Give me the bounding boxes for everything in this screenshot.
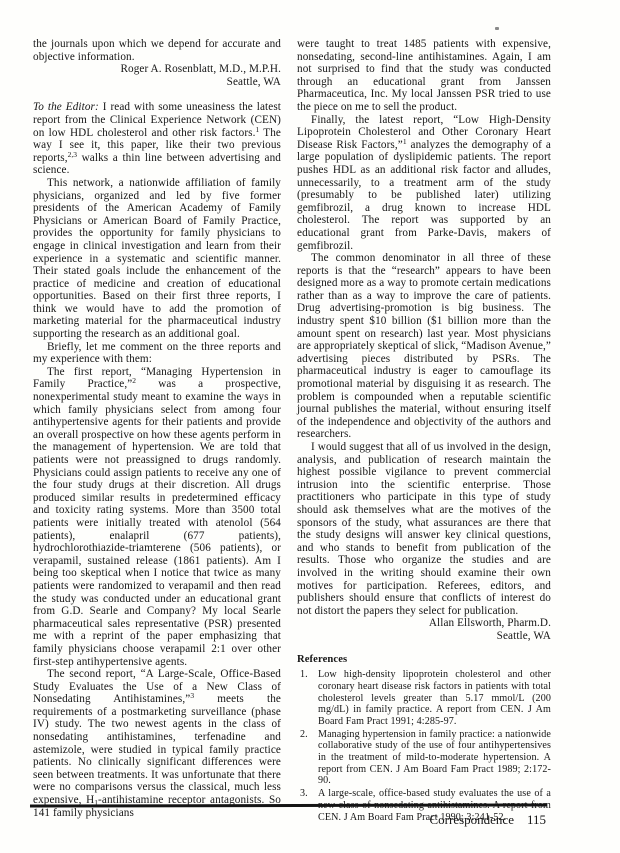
scan-speck — [495, 27, 499, 30]
signature-block-ellsworth: Allan Ellsworth, Pharm.D. Seattle, WA — [297, 617, 551, 642]
signature-name: Allan Ellsworth, Pharm.D. — [297, 617, 551, 630]
signature-location: Seattle, WA — [33, 76, 281, 89]
paragraph-network: This network, a nationwide affiliation o… — [33, 177, 281, 341]
paragraph-finally-report: Finally, the latest report, “Low High-De… — [297, 114, 551, 253]
right-column: were taught to treat 1485 patients with … — [297, 38, 551, 824]
reference-number: 1. — [297, 669, 314, 728]
journal-correspondence-page: the journals upon which we depend for ac… — [0, 0, 620, 853]
references-heading: References — [297, 654, 551, 667]
paragraph-to-the-editor: To the Editor: I read with some uneasine… — [33, 101, 281, 177]
footer-section-label: Correspondence — [430, 812, 514, 827]
paragraph-suggestion: I would suggest that all of us involved … — [297, 441, 551, 617]
paragraph-briefly: Briefly, let me comment on the three rep… — [33, 341, 281, 366]
paragraph-journals-continuation: the journals upon which we depend for ac… — [33, 38, 281, 63]
footer-page-number: 115 — [527, 812, 546, 827]
paragraph-second-report-continuation: were taught to treat 1485 patients with … — [297, 38, 551, 114]
references-list: 1. Low high-density lipoprotein choleste… — [297, 669, 551, 823]
reference-item: 1. Low high-density lipoprotein choleste… — [297, 669, 551, 728]
paragraph-second-report-start: The second report, “A Large-Scale, Offic… — [33, 668, 281, 819]
left-column: the journals upon which we depend for ac… — [33, 38, 281, 819]
reference-text: Low high-density lipoprotein cholesterol… — [314, 669, 551, 728]
reference-number: 2. — [297, 729, 314, 788]
signature-block-rosenblatt: Roger A. Rosenblatt, M.D., M.P.H. Seattl… — [33, 63, 281, 88]
signature-name: Roger A. Rosenblatt, M.D., M.P.H. — [33, 63, 281, 76]
paragraph-first-report: The first report, “Managing Hypertension… — [33, 366, 281, 668]
reference-text: Managing hypertension in family practice… — [314, 729, 551, 788]
reference-item: 2. Managing hypertension in family pract… — [297, 729, 551, 788]
paragraph-common-denominator: The common denominator in all three of t… — [297, 252, 551, 441]
page-footer: Correspondence115 — [430, 812, 547, 827]
signature-location: Seattle, WA — [297, 630, 551, 643]
